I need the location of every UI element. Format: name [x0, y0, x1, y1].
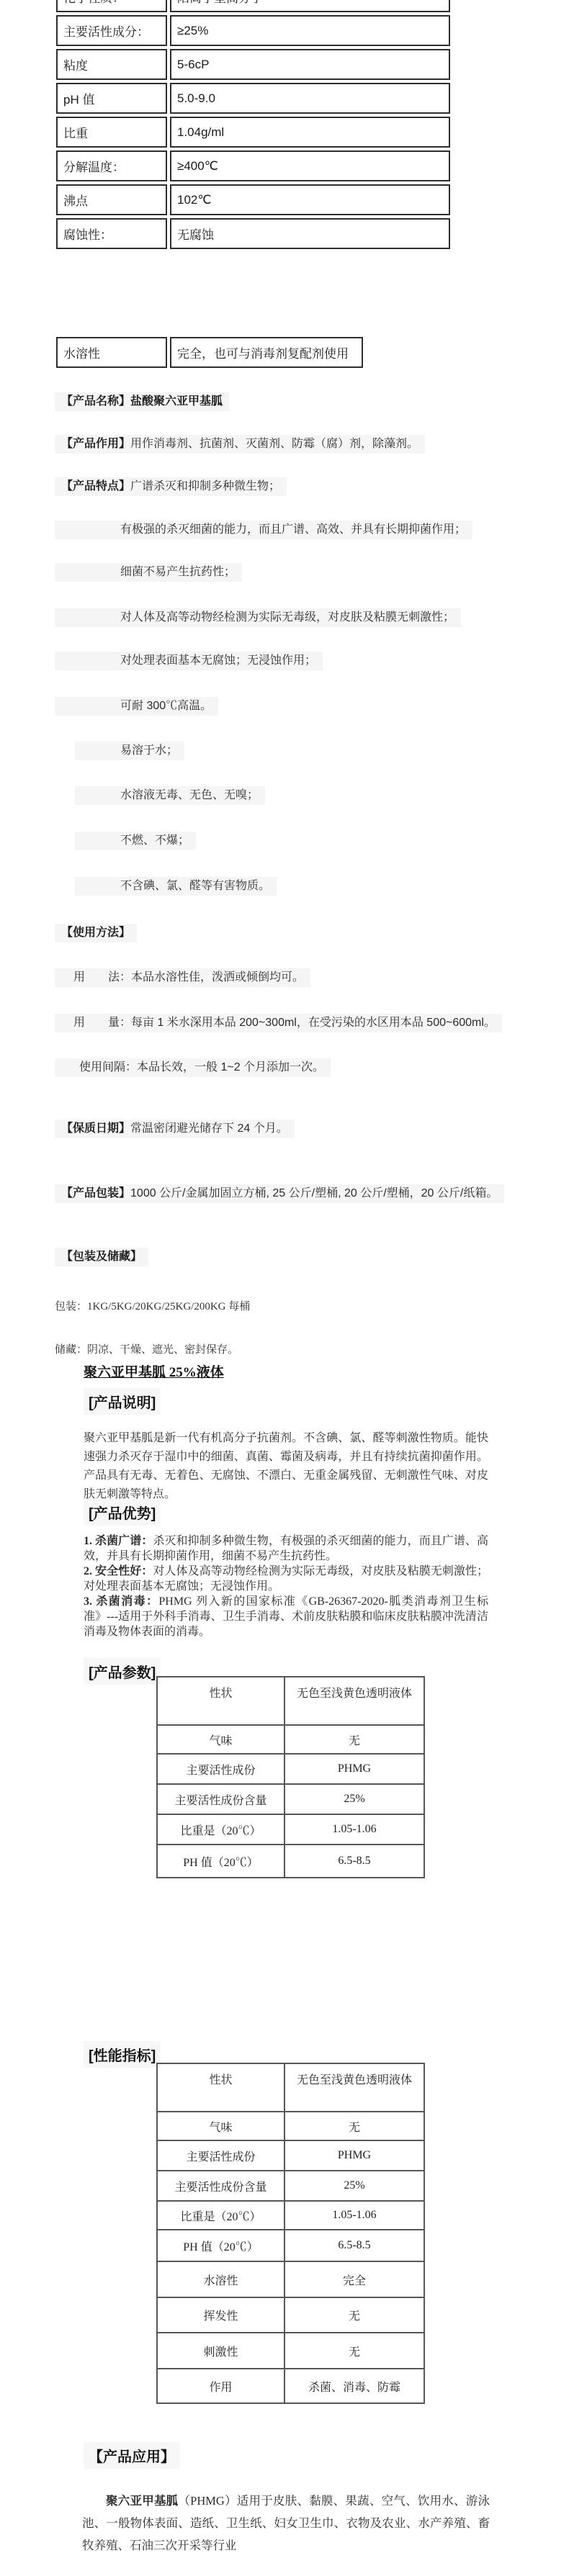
perf-value: 1.05-1.06	[284, 2201, 424, 2230]
spec-row: 粘度 5-6cP	[56, 49, 450, 80]
feature-bullet: 不燃、不爆；	[75, 832, 196, 850]
section-label: 【产品包装】	[61, 1187, 130, 1199]
param-label: 主要活性成份含量	[157, 1784, 284, 1814]
param-value: 无	[284, 1725, 424, 1754]
spec-row: 主要活性成分： ≥25%	[56, 15, 450, 46]
spec-table: 化学性质： 阳离子型高分子 主要活性成分： ≥25% 粘度 5-6cP pH 值…	[53, 0, 453, 252]
advantage-label: 1. 杀菌广谱：	[84, 1535, 153, 1547]
perf-label: 作用	[157, 2369, 284, 2403]
usage-interval-line: 使用间隔：本品长效，一般 1~2 个月添加一次。	[55, 1058, 331, 1077]
spec-row: pH 值 5.0-9.0	[56, 83, 450, 114]
spec-row: 沸点 102℃	[56, 184, 450, 215]
perf-value: 无	[284, 2112, 424, 2140]
product-name-line: 【产品名称】盐酸聚六亚甲基胍	[55, 392, 229, 411]
feature-bullet: 水溶液无毒、无色、无嗅；	[75, 786, 265, 805]
spec-label: 腐蚀性：	[56, 218, 167, 249]
spec-value: ≥25%	[170, 15, 450, 46]
param-value: 1.05-1.06	[284, 1814, 424, 1845]
param-label: 主要活性成份	[157, 1754, 284, 1784]
feature-bullet: 可耐 300℃高温。	[55, 697, 218, 716]
shelf-life-line: 【保质日期】常温密闭避光储存下 24 个月。	[55, 1120, 295, 1138]
perf-row: 作用 杀菌、消毒、防霉	[157, 2369, 424, 2403]
perf-row: 刺激性 无	[157, 2333, 424, 2369]
perf-row: 挥发性 无	[157, 2297, 424, 2333]
spec-label: 分解温度：	[56, 150, 167, 181]
usage-dosage-line: 用 量：每亩 1 米水深用本品 200~300ml，在受污染的水区用本品 500…	[55, 1014, 502, 1032]
perf-row: 主要活性成份含量 25%	[157, 2171, 424, 2201]
spec-label: 主要活性成分：	[56, 15, 167, 46]
product-use-value: 用作消毒剂、抗菌剂、灭菌剂、防霉（腐）剂，除藻剂。	[130, 438, 418, 450]
section-label: 【产品作用】	[61, 438, 130, 450]
application-heading: 【产品应用】	[84, 2442, 180, 2469]
product-use-line: 【产品作用】用作消毒剂、抗菌剂、灭菌剂、防霉（腐）剂，除藻剂。	[55, 435, 425, 454]
application-paragraph: 聚六亚甲基胍（PHMG）适用于皮肤、黏膜、果蔬、空气、饮用水、游泳池、一般物体表…	[82, 2490, 490, 2557]
perf-value: 杀菌、消毒、防霉	[284, 2369, 424, 2403]
perf-label: 性状	[157, 2063, 284, 2112]
usage-heading: 【使用方法】	[55, 924, 137, 942]
perf-value: 无	[284, 2333, 424, 2369]
spec-row: 水溶性 完全，也可与消毒剂复配剂使用	[56, 337, 363, 368]
shelf-life-value: 常温密闭避光储存下 24 个月。	[130, 1122, 288, 1135]
param-value: 25%	[284, 1784, 424, 1814]
spec-value: 102℃	[170, 184, 450, 215]
packaging-line: 【产品包装】1000 公斤/金属加固立方桶, 25 公斤/塑桶, 20 公斤/塑…	[55, 1184, 504, 1203]
advantages-list: 1. 杀菌广谱：杀灭和抑制多种微生物，有极强的杀灭细菌的能力，而且广谱、高效，并…	[84, 1534, 488, 1639]
perf-value: 完全	[284, 2261, 424, 2297]
application-lead: 聚六亚甲基胍	[106, 2494, 178, 2508]
spec-value: 1.04g/ml	[170, 117, 450, 148]
spec-value: 5-6cP	[170, 49, 450, 80]
perf-label: 挥发性	[157, 2297, 284, 2333]
param-row: 比重是（20℃） 1.05-1.06	[157, 1814, 424, 1845]
feature-bullet: 对处理表面基本无腐蚀；无浸蚀作用；	[55, 652, 323, 670]
spec-label: 水溶性	[56, 337, 167, 368]
section-label: 【产品名称】	[61, 395, 130, 407]
param-label: PH 值（20℃）	[157, 1845, 284, 1878]
param-value: 6.5-8.5	[284, 1845, 424, 1878]
param-label: 气味	[157, 1725, 284, 1754]
product-name-value: 盐酸聚六亚甲基胍	[130, 395, 223, 407]
perf-label: 气味	[157, 2112, 284, 2140]
section-label: 【保质日期】	[61, 1122, 130, 1135]
param-row: 性状 无色至浅黄色透明液体	[157, 1677, 424, 1725]
param-label: 比重是（20℃）	[157, 1814, 284, 1845]
features-value: 广谱杀灭和抑制多种微生物；	[130, 480, 280, 492]
spec-row: 分解温度： ≥400℃	[56, 150, 450, 181]
solubility-table: 水溶性 完全，也可与消毒剂复配剂使用	[53, 334, 366, 371]
perf-label: 主要活性成份	[157, 2140, 284, 2171]
spec-row-clipped: 化学性质： 阳离子型高分子	[56, 0, 450, 12]
perf-value: 无色至浅黄色透明液体	[284, 2063, 424, 2112]
perf-table: 性状 无色至浅黄色透明液体 气味 无 主要活性成份 PHMG 主要活性成份含量 …	[156, 2063, 425, 2404]
perf-label: 比重是（20℃）	[157, 2201, 284, 2230]
perf-label: 刺激性	[157, 2333, 284, 2369]
perf-row: 气味 无	[157, 2112, 424, 2140]
spec-label: 化学性质：	[56, 0, 167, 12]
perf-value: 6.5-8.5	[284, 2230, 424, 2261]
param-value: PHMG	[284, 1754, 424, 1784]
param-row: PH 值（20℃） 6.5-8.5	[157, 1845, 424, 1878]
advantage-label: 3. 杀菌消毒：	[84, 1595, 158, 1608]
packaging-value: 1000 公斤/金属加固立方桶, 25 公斤/塑桶, 20 公斤/塑桶，20 公…	[130, 1187, 498, 1199]
feature-bullet: 对人体及高等动物经检测为实际无毒级，对皮肤及粘膜无刺激性；	[55, 608, 461, 627]
section-label: 【产品特点】	[61, 480, 130, 492]
param-row: 气味 无	[157, 1725, 424, 1754]
param-label: 性状	[157, 1677, 284, 1725]
product-features-line: 【产品特点】广谱杀灭和抑制多种微生物；	[55, 477, 287, 496]
feature-bullet: 细菌不易产生抗药性；	[55, 563, 242, 582]
perf-label: 主要活性成份含量	[157, 2171, 284, 2201]
param-row: 主要活性成份含量 25%	[157, 1784, 424, 1814]
usage-method-line: 用 法：本品水溶性佳，泼洒或倾倒均可。	[55, 968, 310, 987]
perf-row: PH 值（20℃） 6.5-8.5	[157, 2230, 424, 2261]
advantage-item: 2. 安全性好：对人体及高等动物经检测为实际无毒级，对皮肤及粘膜无刺激性；对处理…	[84, 1564, 488, 1594]
advantage-label: 2. 安全性好：	[84, 1565, 153, 1577]
advantage-item: 1. 杀菌广谱：杀灭和抑制多种微生物，有极强的杀灭细菌的能力，而且广谱、高效，并…	[84, 1534, 488, 1564]
section-label: 【使用方法】	[61, 927, 130, 939]
desc-paragraph: 聚六亚甲基胍是新一代有机高分子抗菌剂。不含碘、氯、醛等刺激性物质。能快速强力杀灭…	[84, 1429, 488, 1504]
perf-value: PHMG	[284, 2140, 424, 2171]
spec-row: 腐蚀性： 无腐蚀	[56, 218, 450, 249]
spec-row: 比重 1.04g/ml	[56, 117, 450, 148]
perf-value: 25%	[284, 2171, 424, 2201]
spec-label: 沸点	[56, 184, 167, 215]
feature-bullet: 有极强的杀灭细菌的能力，而且广谱、高效、并具有长期抑菌作用；	[55, 521, 472, 539]
perf-heading: [性能指标]	[84, 2041, 161, 2068]
params-heading: [产品参数]	[84, 1658, 161, 1685]
spec-label: pH 值	[56, 83, 167, 114]
params-table: 性状 无色至浅黄色透明液体 气味 无 主要活性成份 PHMG 主要活性成份含量 …	[156, 1676, 425, 1878]
product-spec-page: 化学性质： 阳离子型高分子 主要活性成分： ≥25% 粘度 5-6cP pH 值…	[0, 0, 569, 2576]
spec-value: 阳离子型高分子	[170, 0, 450, 12]
perf-row: 主要活性成份 PHMG	[157, 2140, 424, 2171]
liquid-title: 聚六亚甲基胍 25%液体	[84, 1361, 224, 1381]
spec-label: 粘度	[56, 49, 167, 80]
perf-label: 水溶性	[157, 2261, 284, 2297]
desc-heading: [产品说明]	[84, 1388, 161, 1415]
perf-row: 性状 无色至浅黄色透明液体	[157, 2063, 424, 2112]
perf-row: 比重是（20℃） 1.05-1.06	[157, 2201, 424, 2230]
perf-value: 无	[284, 2297, 424, 2333]
spec-value: 无腐蚀	[170, 218, 450, 249]
param-row: 主要活性成份 PHMG	[157, 1754, 424, 1784]
feature-bullet: 易溶于水；	[75, 742, 184, 760]
section-label: 【包装及储藏】	[61, 1251, 142, 1263]
perf-label: PH 值（20℃）	[157, 2230, 284, 2261]
spec-value: 5.0-9.0	[170, 83, 450, 114]
feature-bullet: 不含碘、氯、醛等有害物质。	[75, 877, 277, 896]
store-line: 储藏：阴凉、干燥、遮光、密封保存。	[55, 1341, 238, 1356]
spec-value: ≥400℃	[170, 150, 450, 181]
advantage-item: 3. 杀菌消毒：PHMG 列入新的国家标准《GB-26367-2020-胍类消毒…	[84, 1594, 488, 1639]
advantages-heading: [产品优势]	[84, 1499, 161, 1526]
perf-row: 水溶性 完全	[157, 2261, 424, 2297]
spec-value: 完全，也可与消毒剂复配剂使用	[170, 337, 363, 368]
spec-label: 比重	[56, 117, 167, 148]
pack-line: 包装：1KG/5KG/20KG/25KG/200KG 每桶	[55, 1298, 250, 1313]
pack-store-heading: 【包装及储藏】	[55, 1248, 148, 1266]
param-value: 无色至浅黄色透明液体	[284, 1677, 424, 1725]
